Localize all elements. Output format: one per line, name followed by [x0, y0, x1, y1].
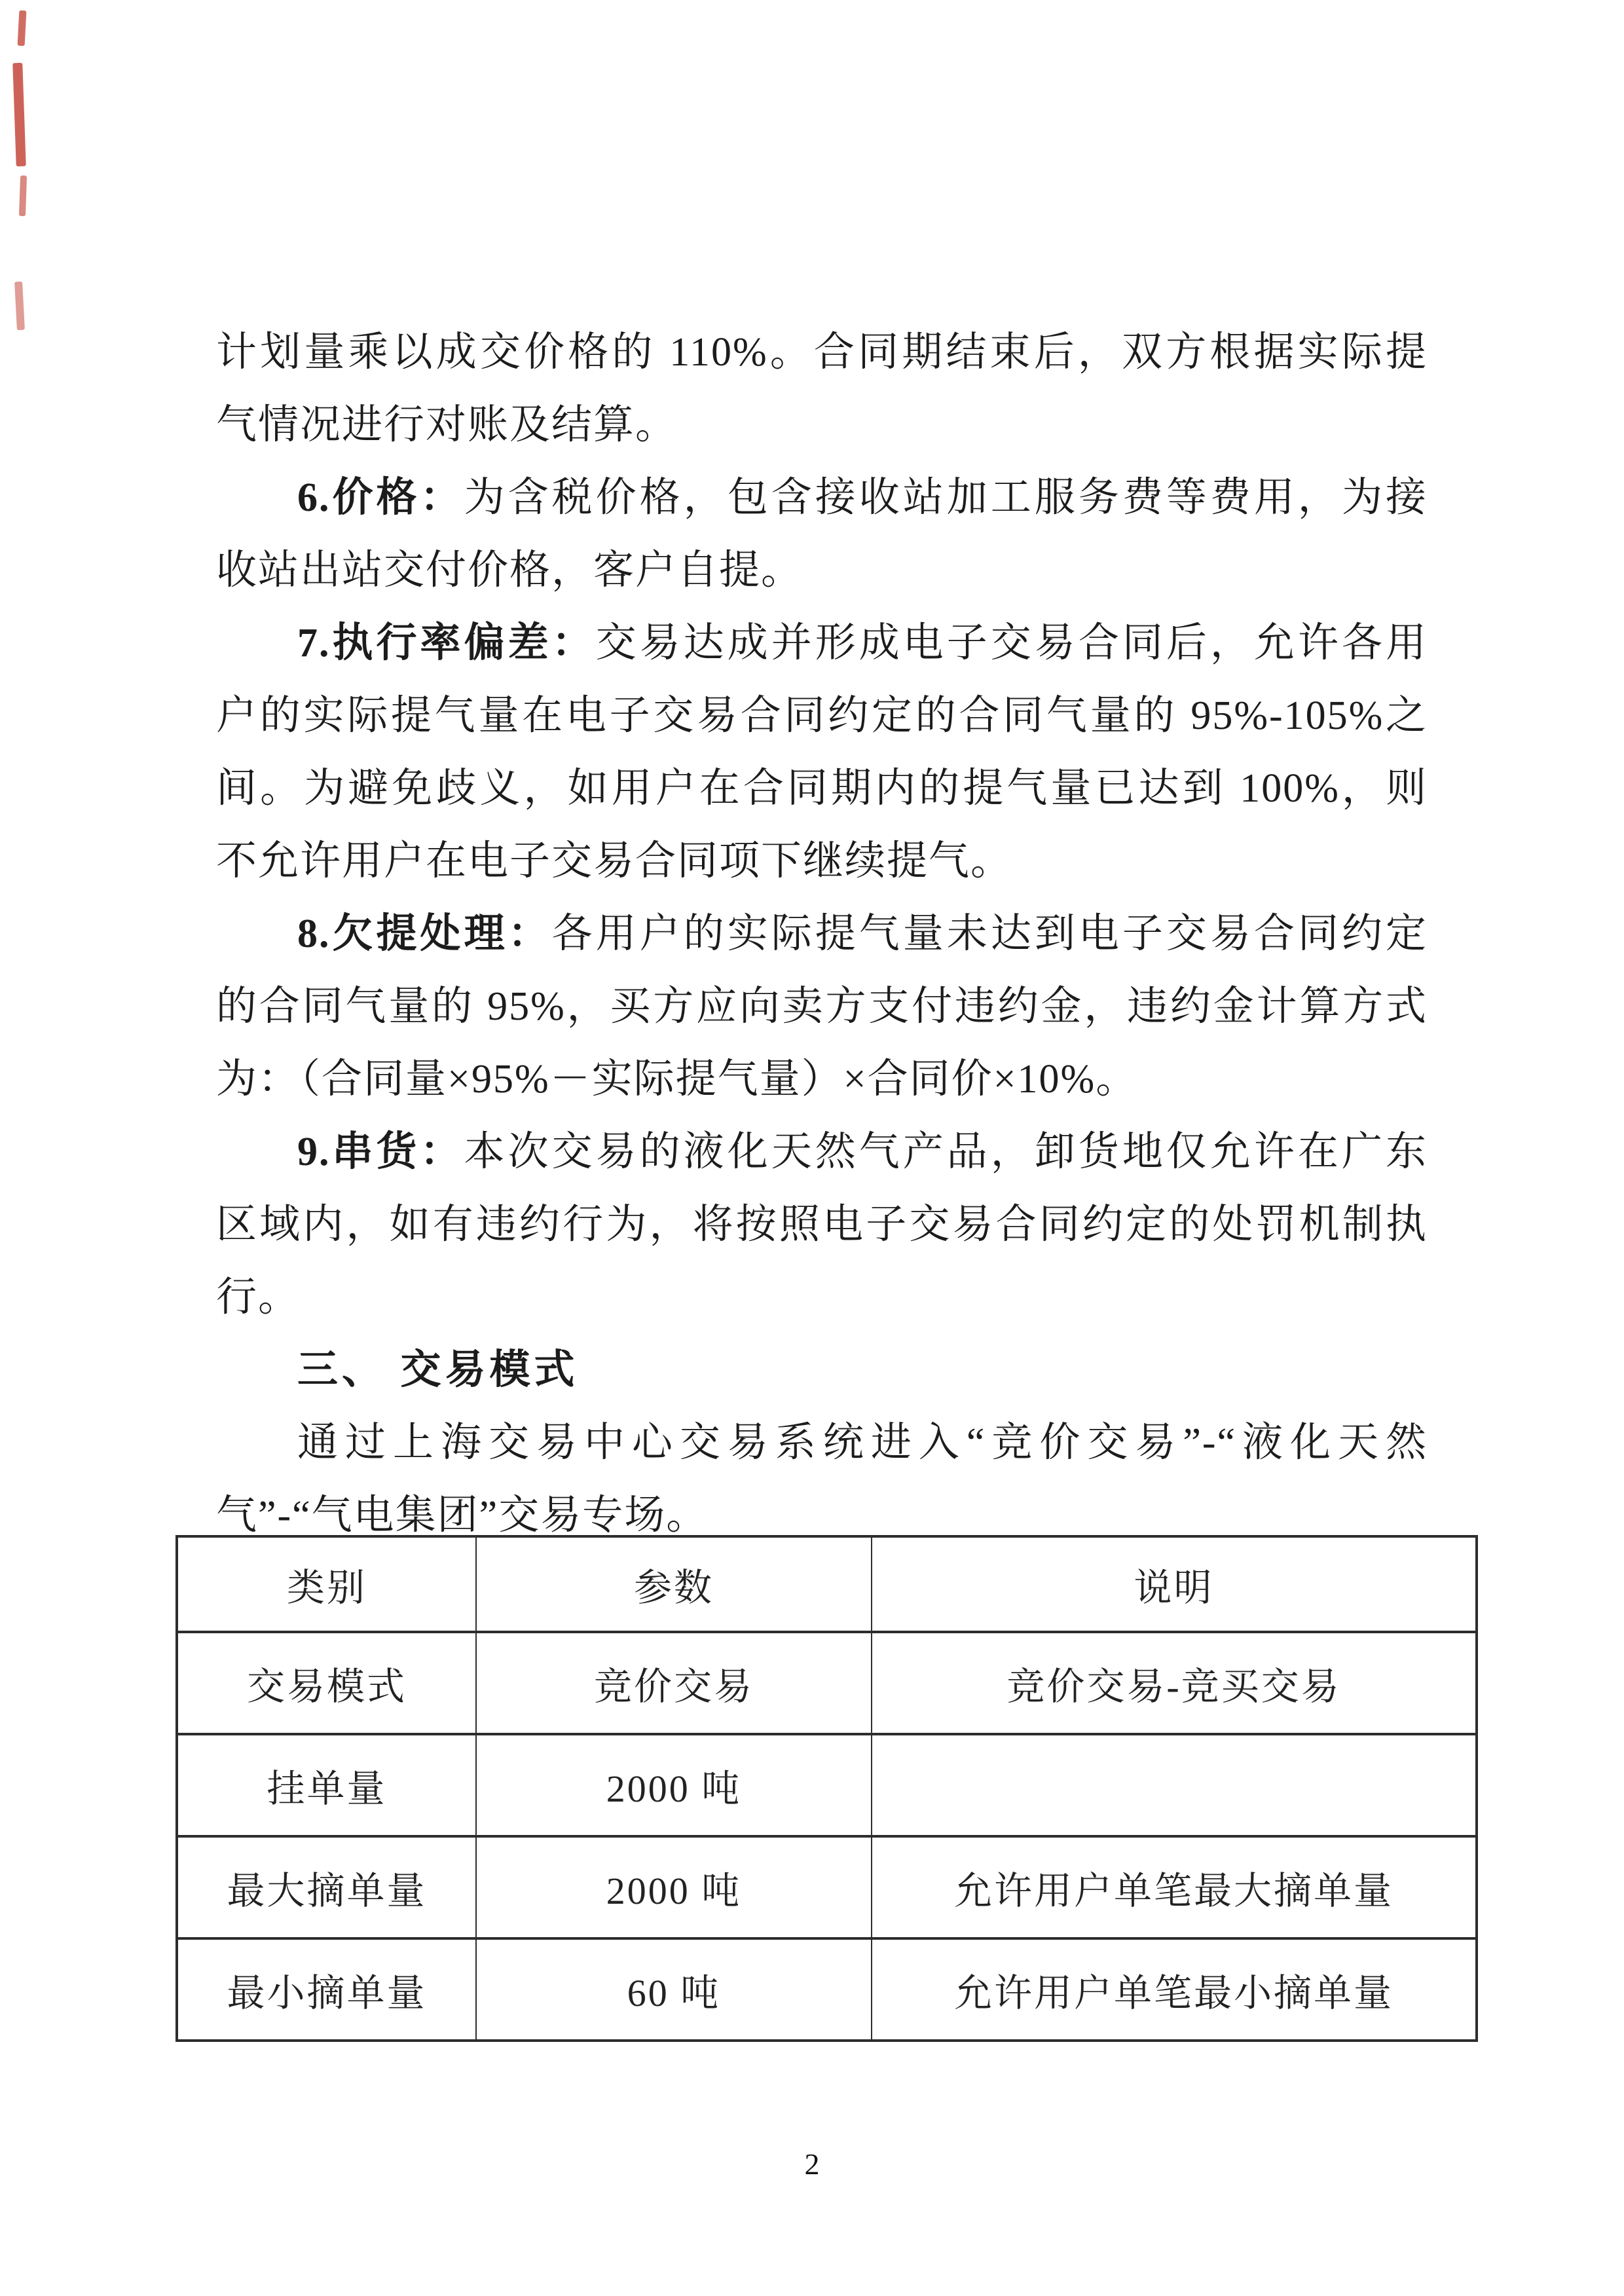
- bold-run: 6.价格：: [297, 475, 464, 520]
- table-cell: 最小摘单量: [177, 1938, 476, 2041]
- table-header-row: 类别参数说明: [177, 1536, 1477, 1632]
- bold-run: 8.欠提处理：: [297, 912, 552, 956]
- table-row: 交易模式竞价交易竞价交易-竞买交易: [177, 1632, 1477, 1734]
- text-run: 区域内，如有违约行为，将按照电子交易合同约定的处罚机制执: [216, 1202, 1428, 1247]
- table-row: 挂单量2000 吨: [177, 1734, 1477, 1836]
- text-run: 各用户的实际提气量未达到电子交易合同约定: [552, 912, 1428, 956]
- text-run: 行。: [216, 1275, 300, 1320]
- section-heading: 三、 交易模式: [216, 1334, 1428, 1407]
- table-header-cell: 参数: [476, 1536, 872, 1632]
- text-run: 三、 交易模式: [297, 1348, 579, 1392]
- text-run: 交易达成并形成电子交易合同后，允许各用: [596, 621, 1428, 665]
- table-header-cell: 类别: [177, 1536, 476, 1632]
- text-line: 收站出站交付价格，客户自提。: [216, 534, 1428, 607]
- table-body: 交易模式竞价交易竞价交易-竞买交易挂单量2000 吨最大摘单量2000 吨允许用…: [177, 1632, 1477, 2041]
- text-run: 通过上海交易中心交易系统进入“竞价交易”-“液化天然: [297, 1420, 1428, 1465]
- text-run: 间。为避免歧义，如用户在合同期内的提气量已达到 100%，则: [216, 766, 1428, 811]
- table-cell: 最大摘单量: [177, 1836, 476, 1938]
- text-line: 气情况进行对账及结算。: [216, 389, 1428, 462]
- document-page: 计划量乘以成交价格的 110%。合同期结束后，双方根据实际提气情况进行对账及结算…: [0, 0, 1624, 2296]
- text-run: 计划量乘以成交价格的 110%。合同期结束后，双方根据实际提: [216, 330, 1428, 375]
- table-row: 最小摘单量60 吨允许用户单笔最小摘单量: [177, 1938, 1477, 2041]
- text-line: 行。: [216, 1261, 1428, 1334]
- table-cell: 交易模式: [177, 1632, 476, 1734]
- red-ink-mark: [12, 63, 26, 166]
- text-run: 户的实际提气量在电子交易合同约定的合同气量的 95%-105%之: [216, 694, 1428, 738]
- text-run: 本次交易的液化天然气产品，卸货地仅允许在广东: [464, 1130, 1428, 1174]
- table-row: 最大摘单量2000 吨允许用户单笔最大摘单量: [177, 1836, 1477, 1938]
- page-number: 2: [0, 2147, 1624, 2181]
- text-run: 为：（合同量×95%－实际提气量）×合同价×10%。: [216, 1057, 1137, 1102]
- text-line: 为：（合同量×95%－实际提气量）×合同价×10%。: [216, 1043, 1428, 1116]
- text-run: 的合同气量的 95%，买方应向卖方支付违约金，违约金计算方式: [216, 984, 1428, 1029]
- text-line: 通过上海交易中心交易系统进入“竞价交易”-“液化天然: [216, 1407, 1428, 1479]
- table-cell: 竞价交易-竞买交易: [872, 1632, 1477, 1734]
- text-line: 的合同气量的 95%，买方应向卖方支付违约金，违约金计算方式: [216, 971, 1428, 1043]
- text-line: 7.执行率偏差：交易达成并形成电子交易合同后，允许各用: [216, 607, 1428, 680]
- text-line: 8.欠提处理：各用户的实际提气量未达到电子交易合同约定: [216, 898, 1428, 971]
- table-cell: 允许用户单笔最大摘单量: [872, 1836, 1477, 1938]
- table-cell: 2000 吨: [476, 1734, 872, 1836]
- text-line: 6.价格：为含税价格，包含接收站加工服务费等费用，为接: [216, 462, 1428, 534]
- text-lines: 计划量乘以成交价格的 110%。合同期结束后，双方根据实际提气情况进行对账及结算…: [216, 316, 1428, 1552]
- text-line: 户的实际提气量在电子交易合同约定的合同气量的 95%-105%之: [216, 680, 1428, 752]
- table-cell: 2000 吨: [476, 1836, 872, 1938]
- table-cell: 挂单量: [177, 1734, 476, 1836]
- text-run: 不允许用户在电子交易合同项下继续提气。: [216, 839, 1012, 883]
- table-header-cell: 说明: [872, 1536, 1477, 1632]
- red-ink-mark: [14, 282, 25, 331]
- text-line: 区域内，如有违约行为，将按照电子交易合同约定的处罚机制执: [216, 1189, 1428, 1261]
- table-cell: 允许用户单笔最小摘单量: [872, 1938, 1477, 2041]
- text-run: 收站出站交付价格，客户自提。: [216, 548, 803, 593]
- red-ink-mark: [18, 10, 27, 46]
- table-cell: 60 吨: [476, 1938, 872, 2041]
- parameter-table: 类别参数说明 交易模式竞价交易竞价交易-竞买交易挂单量2000 吨最大摘单量20…: [175, 1535, 1478, 2042]
- text-line: 不允许用户在电子交易合同项下继续提气。: [216, 825, 1428, 898]
- bold-run: 7.执行率偏差：: [297, 621, 596, 665]
- text-line: 计划量乘以成交价格的 110%。合同期结束后，双方根据实际提: [216, 316, 1428, 389]
- table-cell: 竞价交易: [476, 1632, 872, 1734]
- text-run: 气情况进行对账及结算。: [216, 403, 677, 447]
- text-run: 气”-“气电集团”交易专场。: [216, 1493, 708, 1538]
- red-ink-mark: [19, 176, 27, 216]
- text-line: 间。为避免歧义，如用户在合同期内的提气量已达到 100%，则: [216, 752, 1428, 825]
- table-cell: [872, 1734, 1477, 1836]
- text-run: 为含税价格，包含接收站加工服务费等费用，为接: [464, 475, 1428, 520]
- text-line: 9.串货：本次交易的液化天然气产品，卸货地仅允许在广东: [216, 1116, 1428, 1189]
- bold-run: 9.串货：: [297, 1130, 464, 1174]
